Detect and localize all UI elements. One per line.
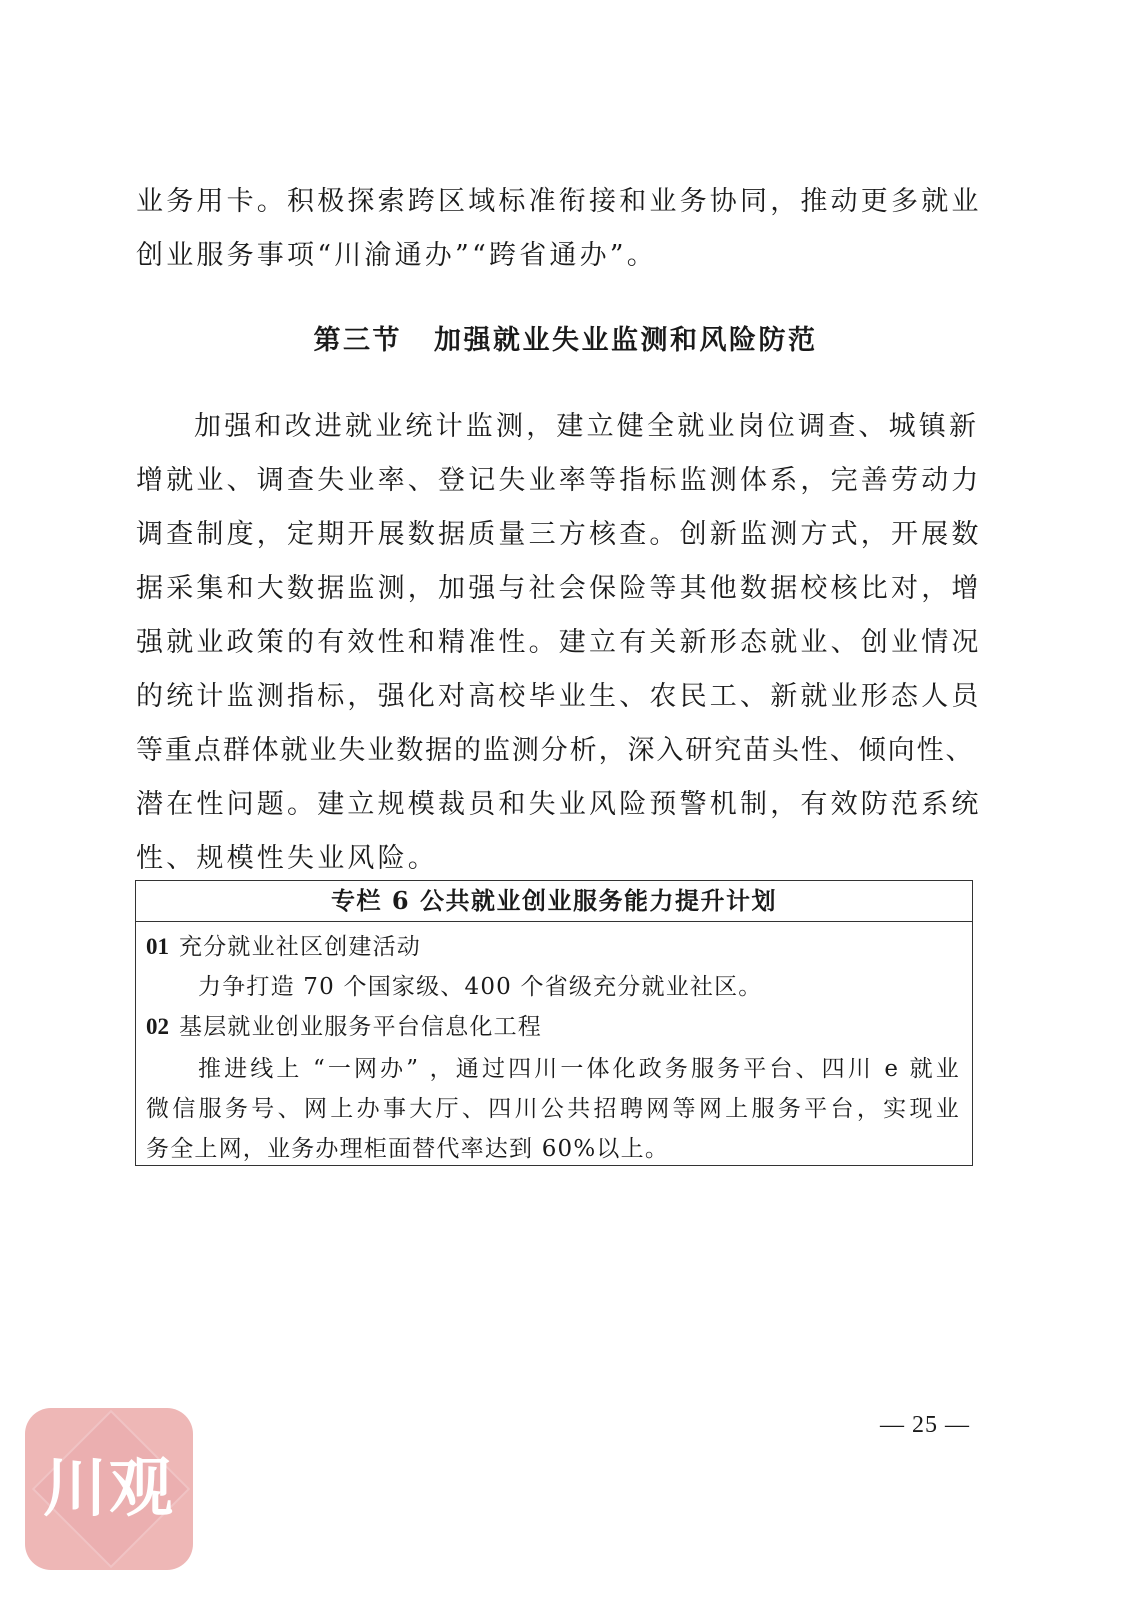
section-title: 加强就业失业监测和风险防范 — [434, 325, 818, 356]
text-line: 加强和改进就业统计监测，建立健全就业岗位调查、城镇新 — [194, 400, 974, 454]
box-item-heading: 02基层就业创业服务平台信息化工程 — [146, 1007, 542, 1047]
box-item-text: 务全上网，业务办理柜面替代率达到 60%以上。 — [146, 1129, 669, 1169]
item-heading-text: 基层就业创业服务平台信息化工程 — [179, 1014, 542, 1040]
text-line: 强就业政策的有效性和精准性。建立有关新形态就业、创业情况 — [136, 616, 974, 670]
text-line: 创业服务事项“川渝通办”“跨省通办”。 — [136, 229, 657, 283]
text-line: 业务用卡。积极探索跨区域标准衔接和业务协同，推动更多就业 — [136, 175, 974, 229]
logo-text: 川观 — [25, 1408, 193, 1570]
text-line: 等重点群体就业失业数据的监测分析，深入研究苗头性、倾向性、 — [136, 724, 974, 778]
box-item-text: 力争打造 70 个国家级、400 个省级充分就业社区。 — [198, 967, 763, 1007]
item-number: 02 — [146, 1014, 169, 1039]
text-line: 潜在性问题。建立规模裁员和失业风险预警机制，有效防范系统 — [136, 778, 974, 832]
text-line: 增就业、调查失业率、登记失业率等指标监测体系，完善劳动力 — [136, 454, 974, 508]
document-page: 业务用卡。积极探索跨区域标准衔接和业务协同，推动更多就业 创业服务事项“川渝通办… — [0, 0, 1131, 1600]
text-line: 性、规模性失业风险。 — [136, 832, 438, 886]
watermark-logo: 川观 — [25, 1408, 193, 1570]
section-heading: 第三节加强就业失业监测和风险防范 — [0, 318, 1131, 364]
page-number: — 25 — — [880, 1412, 970, 1439]
box-item-heading: 01充分就业社区创建活动 — [146, 927, 421, 967]
item-heading-text: 充分就业社区创建活动 — [179, 934, 421, 960]
box-item-text: 推进线上 “一网办” ，通过四川一体化政务服务平台、四川 e 就业 — [198, 1049, 960, 1089]
text-line: 据采集和大数据监测，加强与社会保险等其他数据校核比对，增 — [136, 562, 974, 616]
section-number: 第三节 — [314, 325, 403, 356]
column-box-title: 专栏 6 公共就业创业服务能力提升计划 — [136, 881, 972, 922]
item-number: 01 — [146, 934, 169, 959]
box-item-text: 微信服务号、网上办事大厅、四川公共招聘网等网上服务平台，实现业 — [146, 1089, 960, 1129]
text-line: 的统计监测指标，强化对高校毕业生、农民工、新就业形态人员 — [136, 670, 974, 724]
text-line: 调查制度，定期开展数据质量三方核查。创新监测方式，开展数 — [136, 508, 974, 562]
column-box: 专栏 6 公共就业创业服务能力提升计划 01充分就业社区创建活动 力争打造 70… — [135, 880, 973, 1166]
